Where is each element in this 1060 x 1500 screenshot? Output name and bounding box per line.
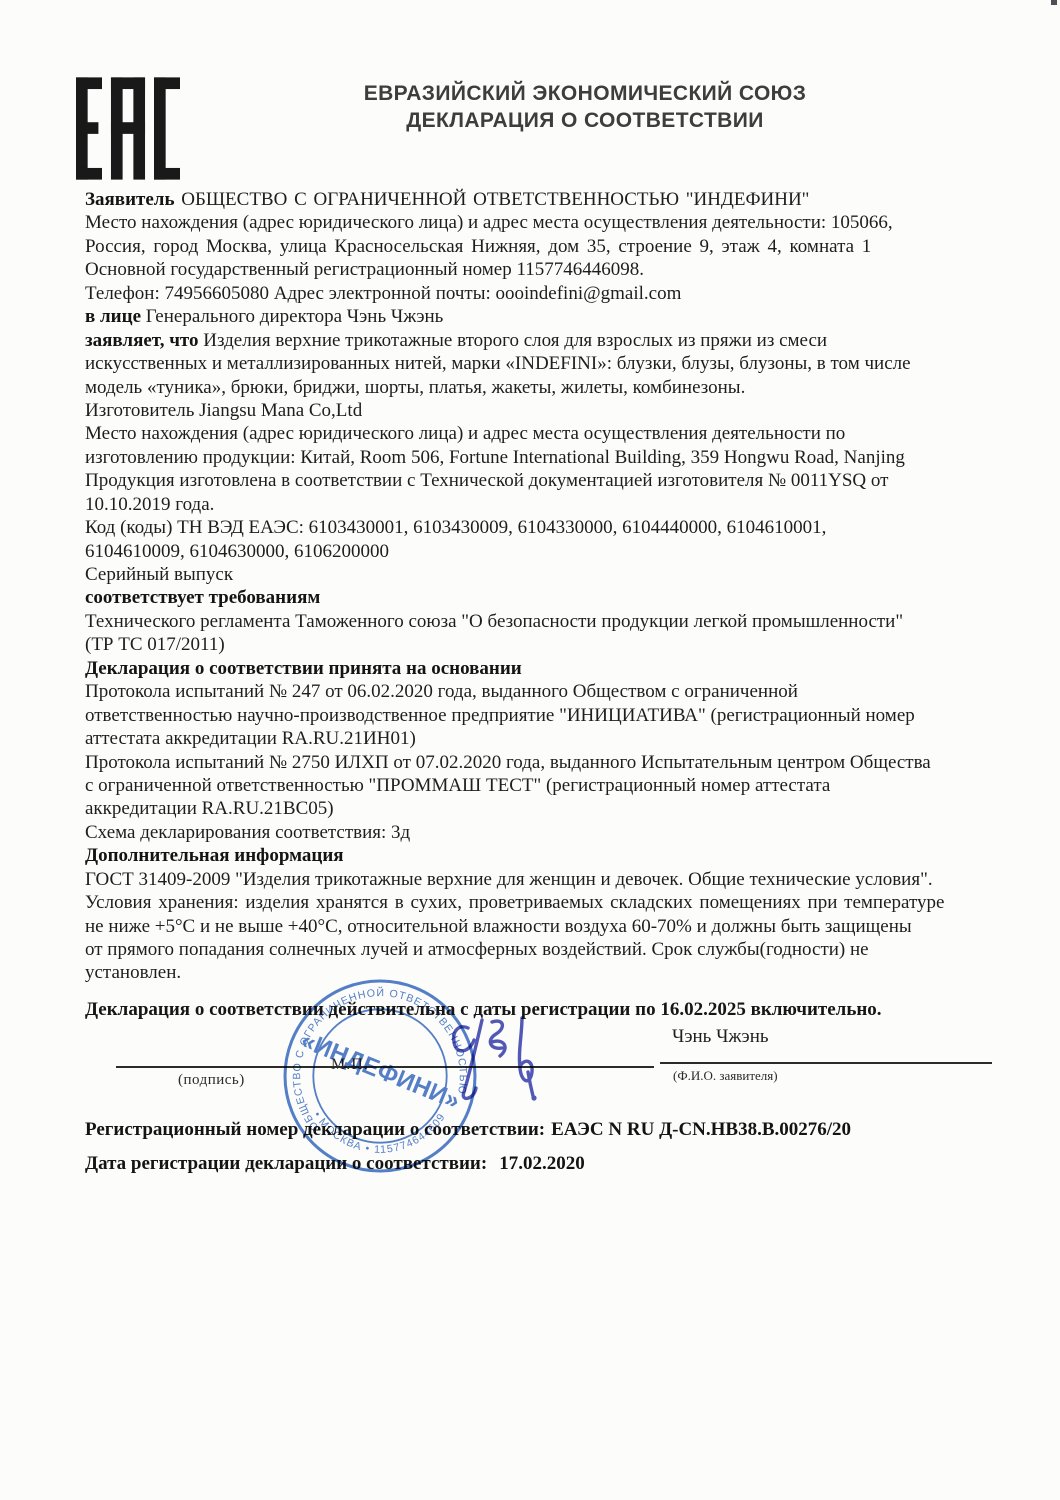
text-segment: не ниже +5°С и не выше +40°С, относитель…	[85, 916, 912, 937]
text-line: Основной государственный регистрационный…	[85, 258, 1000, 281]
text-segment: Условия хранения: изделия хранятся в сух…	[85, 892, 944, 913]
signature-caption: (подпись)	[178, 1072, 245, 1089]
text-segment: Протокола испытаний № 247 от 06.02.2020 …	[85, 681, 798, 702]
text-line: Технического регламента Таможенного союз…	[85, 610, 1000, 633]
text-segment: установлен.	[85, 962, 181, 983]
name-underline	[660, 1062, 992, 1064]
text-line: от прямого попадания солнечных лучей и а…	[85, 938, 1000, 961]
text-segment: изготовлению продукции: Китай, Room 506,…	[85, 447, 905, 468]
text-line: аккредитации RA.RU.21ВС05)	[85, 797, 1000, 820]
text-segment: Код (коды) ТН ВЭД ЕАЭС: 6103430001, 6103…	[85, 517, 826, 538]
text-segment: Технического регламента Таможенного союз…	[85, 611, 903, 632]
text-segment-bold: заявляет, что	[85, 330, 203, 351]
text-line: искусственных и металлизированных нитей,…	[85, 352, 1000, 375]
text-line: не ниже +5°С и не выше +40°С, относитель…	[85, 915, 1000, 938]
text-line: модель «туника», брюки, бриджи, шорты, п…	[85, 376, 1000, 399]
text-line: ГОСТ 31409-2009 "Изделия трикотажные вер…	[85, 868, 1000, 891]
handwritten-signature	[430, 1008, 555, 1108]
body-text: Заявитель ОБЩЕСТВО С ОГРАНИЧЕННОЙ ОТВЕТС…	[85, 188, 1000, 985]
name-caption: (Ф.И.О. заявителя)	[673, 1068, 778, 1084]
text-segment: Место нахождения (адрес юридического лиц…	[85, 423, 845, 444]
text-segment: ГОСТ 31409-2009 "Изделия трикотажные вер…	[85, 869, 933, 890]
text-line: Дополнительная информация	[85, 844, 1000, 867]
text-line: аттестата аккредитации RA.RU.21ИН01)	[85, 727, 1000, 750]
text-segment: Основной государственный регистрационный…	[85, 259, 644, 280]
text-segment-bold: соответствует требованиям	[85, 587, 320, 608]
text-segment: от прямого попадания солнечных лучей и а…	[85, 939, 869, 960]
text-segment: ответственностью научно-производственное…	[85, 705, 915, 726]
registration-date-value: 17.02.2020	[499, 1153, 585, 1174]
text-line: (ТР ТС 017/2011)	[85, 633, 1000, 656]
text-line: соответствует требованиям	[85, 586, 1000, 609]
title-union-line: ЕВРАЗИЙСКИЙ ЭКОНОМИЧЕСКИЙ СОЮЗ	[125, 80, 1045, 107]
scan-artifact	[1051, 0, 1057, 5]
text-line: ответственностью научно-производственное…	[85, 704, 1000, 727]
text-segment-bold: Дополнительная информация	[85, 845, 344, 866]
text-line: Заявитель ОБЩЕСТВО С ОГРАНИЧЕННОЙ ОТВЕТС…	[85, 188, 1000, 211]
text-segment: Протокола испытаний № 2750 ИЛХП от 07.02…	[85, 752, 931, 773]
text-segment-bold: в лице	[85, 306, 146, 327]
text-segment: Место нахождения (адрес юридического лиц…	[85, 212, 893, 233]
text-line: Россия, город Москва, улица Красносельск…	[85, 235, 1000, 258]
declaration-document: ЕВРАЗИЙСКИЙ ЭКОНОМИЧЕСКИЙ СОЮЗ ДЕКЛАРАЦИ…	[0, 0, 1060, 1500]
text-segment: Изделия верхние трикотажные второго слоя…	[203, 330, 827, 351]
text-segment: Россия, город Москва, улица Красносельск…	[85, 236, 871, 257]
text-segment: искусственных и металлизированных нитей,…	[85, 353, 911, 374]
text-segment: Продукция изготовлена в соответствии с Т…	[85, 470, 888, 491]
document-title: ЕВРАЗИЙСКИЙ ЭКОНОМИЧЕСКИЙ СОЮЗ ДЕКЛАРАЦИ…	[125, 80, 1045, 134]
text-line: Место нахождения (адрес юридического лиц…	[85, 211, 1000, 234]
text-segment: 10.10.2019 года.	[85, 494, 214, 515]
text-line: Серийный выпуск	[85, 563, 1000, 586]
text-line: с ограниченной ответственностью "ПРОММАШ…	[85, 774, 1000, 797]
text-line: изготовлению продукции: Китай, Room 506,…	[85, 446, 1000, 469]
applicant-name: Чэнь Чжэнь	[672, 1026, 769, 1048]
text-segment: Серийный выпуск	[85, 564, 233, 585]
text-segment: Генерального директора Чэнь Чжэнь	[146, 306, 444, 327]
text-line: Схема декларирования соответствия: 3д	[85, 821, 1000, 844]
text-line: установлен.	[85, 961, 1000, 984]
text-line: заявляет, что Изделия верхние трикотажны…	[85, 329, 1000, 352]
text-line: Код (коды) ТН ВЭД ЕАЭС: 6103430001, 6103…	[85, 516, 1000, 539]
text-segment: Схема декларирования соответствия: 3д	[85, 822, 410, 843]
text-line: Протокола испытаний № 247 от 06.02.2020 …	[85, 680, 1000, 703]
text-segment: ОБЩЕСТВО С ОГРАНИЧЕННОЙ ОТВЕТСТВЕННОСТЬЮ…	[181, 189, 809, 210]
text-line: Декларация о соответствии принята на осн…	[85, 657, 1000, 680]
title-declaration-line: ДЕКЛАРАЦИЯ О СООТВЕТСТВИИ	[125, 107, 1045, 134]
text-segment-bold: Заявитель	[85, 189, 181, 210]
registration-number-value: ЕАЭС N RU Д-CN.НВ38.В.00276/20	[551, 1119, 851, 1140]
text-segment: с ограниченной ответственностью "ПРОММАШ…	[85, 775, 830, 796]
text-line: 6104610009, 6104630000, 6106200000	[85, 540, 1000, 563]
text-line: Изготовитель Jiangsu Mana Co,Ltd	[85, 399, 1000, 422]
text-segment: аттестата аккредитации RA.RU.21ИН01)	[85, 728, 416, 749]
text-line: в лице Генерального директора Чэнь Чжэнь	[85, 305, 1000, 328]
text-segment: (ТР ТС 017/2011)	[85, 634, 225, 655]
text-segment: Изготовитель Jiangsu Mana Co,Ltd	[85, 400, 362, 421]
text-segment: модель «туника», брюки, бриджи, шорты, п…	[85, 377, 745, 398]
text-segment: Телефон: 74956605080 Адрес электронной п…	[85, 283, 681, 304]
text-line: Телефон: 74956605080 Адрес электронной п…	[85, 282, 1000, 305]
text-segment: аккредитации RA.RU.21ВС05)	[85, 798, 334, 819]
text-line: 10.10.2019 года.	[85, 493, 1000, 516]
text-segment-bold: Декларация о соответствии принята на осн…	[85, 658, 522, 679]
text-line: Продукция изготовлена в соответствии с Т…	[85, 469, 1000, 492]
text-line: Протокола испытаний № 2750 ИЛХП от 07.02…	[85, 751, 1000, 774]
text-line: Условия хранения: изделия хранятся в сух…	[85, 891, 1000, 914]
text-line: Место нахождения (адрес юридического лиц…	[85, 422, 1000, 445]
text-segment: 6104610009, 6104630000, 6106200000	[85, 541, 389, 562]
